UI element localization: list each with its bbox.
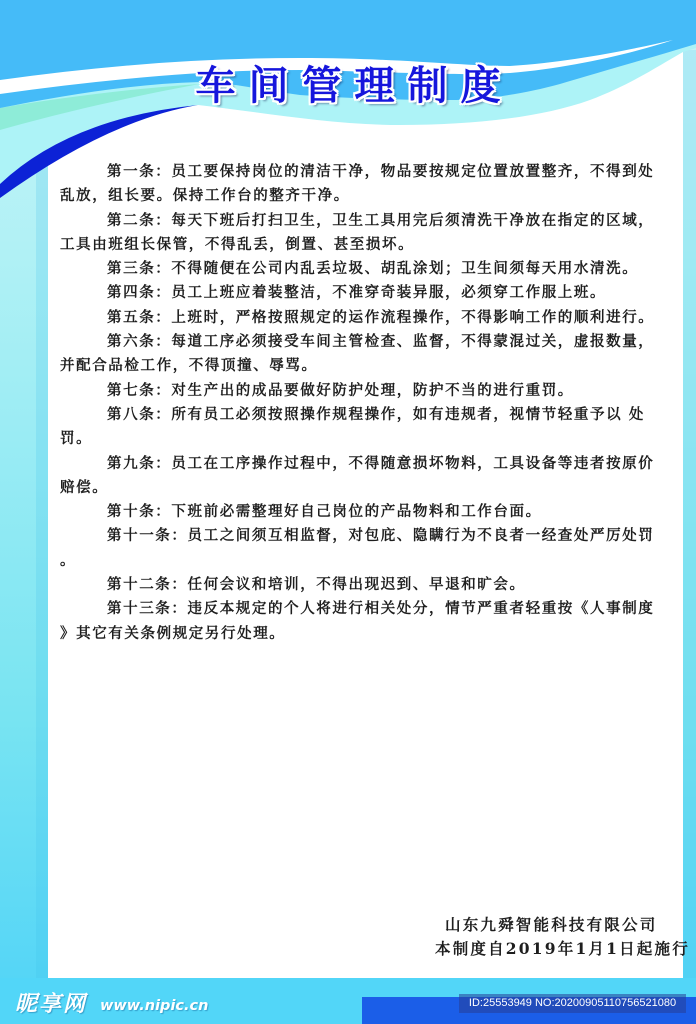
article-13: 第十三条：违反本规定的个人将进行相关处分，情节严重者轻重按《人事制度 》其它有关… [60,597,680,646]
article-line: 。 [60,549,680,573]
article-line: 赔偿。 [60,476,680,500]
article-4: 第四条：员工上班应着装整洁，不准穿奇装异服，必须穿工作服上班。 [60,281,680,305]
article-line: 并配合品检工作，不得顶撞、辱骂。 [60,354,680,378]
watermark-url: www.nipic.cn [100,995,208,1017]
article-10: 第十条：下班前必需整理好自己岗位的产品物料和工作台面。 [60,500,680,524]
article-1: 第一条：员工要保持岗位的清洁干净，物品要按规定位置放置整齐，不得到处 乱放，组长… [60,160,680,209]
regulations-body: 第一条：员工要保持岗位的清洁干净，物品要按规定位置放置整齐，不得到处 乱放，组长… [60,160,680,646]
article-line: 第五条：上班时，严格按照规定的运作流程操作，不得影响工作的顺利进行。 [60,306,680,330]
article-11: 第十一条：员工之间须互相监督，对包庇、隐瞒行为不良者一经查处严厉处罚 。 [60,524,680,573]
article-3: 第三条：不得随便在公司内乱丢垃圾、胡乱涂划；卫生间须每天用水清洗。 [60,257,680,281]
article-line: 第十一条：员工之间须互相监督，对包庇、隐瞒行为不良者一经查处严厉处罚 [60,524,680,548]
article-line: 工具由班组长保管，不得乱丢，倒置、甚至损坏。 [60,233,680,257]
article-12: 第十二条：任何会议和培训，不得出现迟到、早退和旷会。 [60,573,680,597]
article-line: 第二条：每天下班后打扫卫生，卫生工具用完后须清洗干净放在指定的区域， [60,209,680,233]
page-title: 车间管理制度 [0,61,696,111]
article-line: 第九条：员工在工序操作过程中，不得随意损坏物料，工具设备等违者按原价 [60,452,680,476]
article-line: 乱放，组长要。保持工作台的整齐干净。 [60,184,680,208]
article-line: 第十二条：任何会议和培训，不得出现迟到、早退和旷会。 [60,573,680,597]
article-7: 第七条：对生产出的成品要做好防护处理，防护不当的进行重罚。 [60,379,680,403]
effective-date: 本制度自2019年1月1日起施行 [435,938,690,960]
article-line: 第六条：每道工序必须接受车间主管检查、监督，不得蒙混过关，虚报数量， [60,330,680,354]
article-line: 第一条：员工要保持岗位的清洁干净，物品要按规定位置放置整齐，不得到处 [60,160,680,184]
article-5: 第五条：上班时，严格按照规定的运作流程操作，不得影响工作的顺利进行。 [60,306,680,330]
article-9: 第九条：员工在工序操作过程中，不得随意损坏物料，工具设备等违者按原价 赔偿。 [60,452,680,501]
article-line: 第十三条：违反本规定的个人将进行相关处分，情节严重者轻重按《人事制度 [60,597,680,621]
article-line: 第八条：所有员工必须按照操作规程操作，如有违规者，视情节轻重予以 处 [60,403,680,427]
article-6: 第六条：每道工序必须接受车间主管检查、监督，不得蒙混过关，虚报数量， 并配合品检… [60,330,680,379]
article-line: 第七条：对生产出的成品要做好防护处理，防护不当的进行重罚。 [60,379,680,403]
article-line: 第三条：不得随便在公司内乱丢垃圾、胡乱涂划；卫生间须每天用水清洗。 [60,257,680,281]
right-frame-strip [683,50,696,978]
article-line: 第十条：下班前必需整理好自己岗位的产品物料和工作台面。 [60,500,680,524]
company-name: 山东九舜智能科技有限公司 [445,914,657,936]
watermark-logo: 昵享网 [15,992,87,1018]
article-line: 第四条：员工上班应着装整洁，不准穿奇装异服，必须穿工作服上班。 [60,281,680,305]
article-line: 罚。 [60,427,680,451]
article-8: 第八条：所有员工必须按照操作规程操作，如有违规者，视情节轻重予以 处 罚。 [60,403,680,452]
article-line: 》其它有关条例规定另行处理。 [60,622,680,646]
image-id-stamp: ID:25553949 NO:20200905110756521080 [459,994,686,1013]
left-frame-strip [36,165,48,978]
article-2: 第二条：每天下班后打扫卫生，卫生工具用完后须清洗干净放在指定的区域， 工具由班组… [60,209,680,258]
